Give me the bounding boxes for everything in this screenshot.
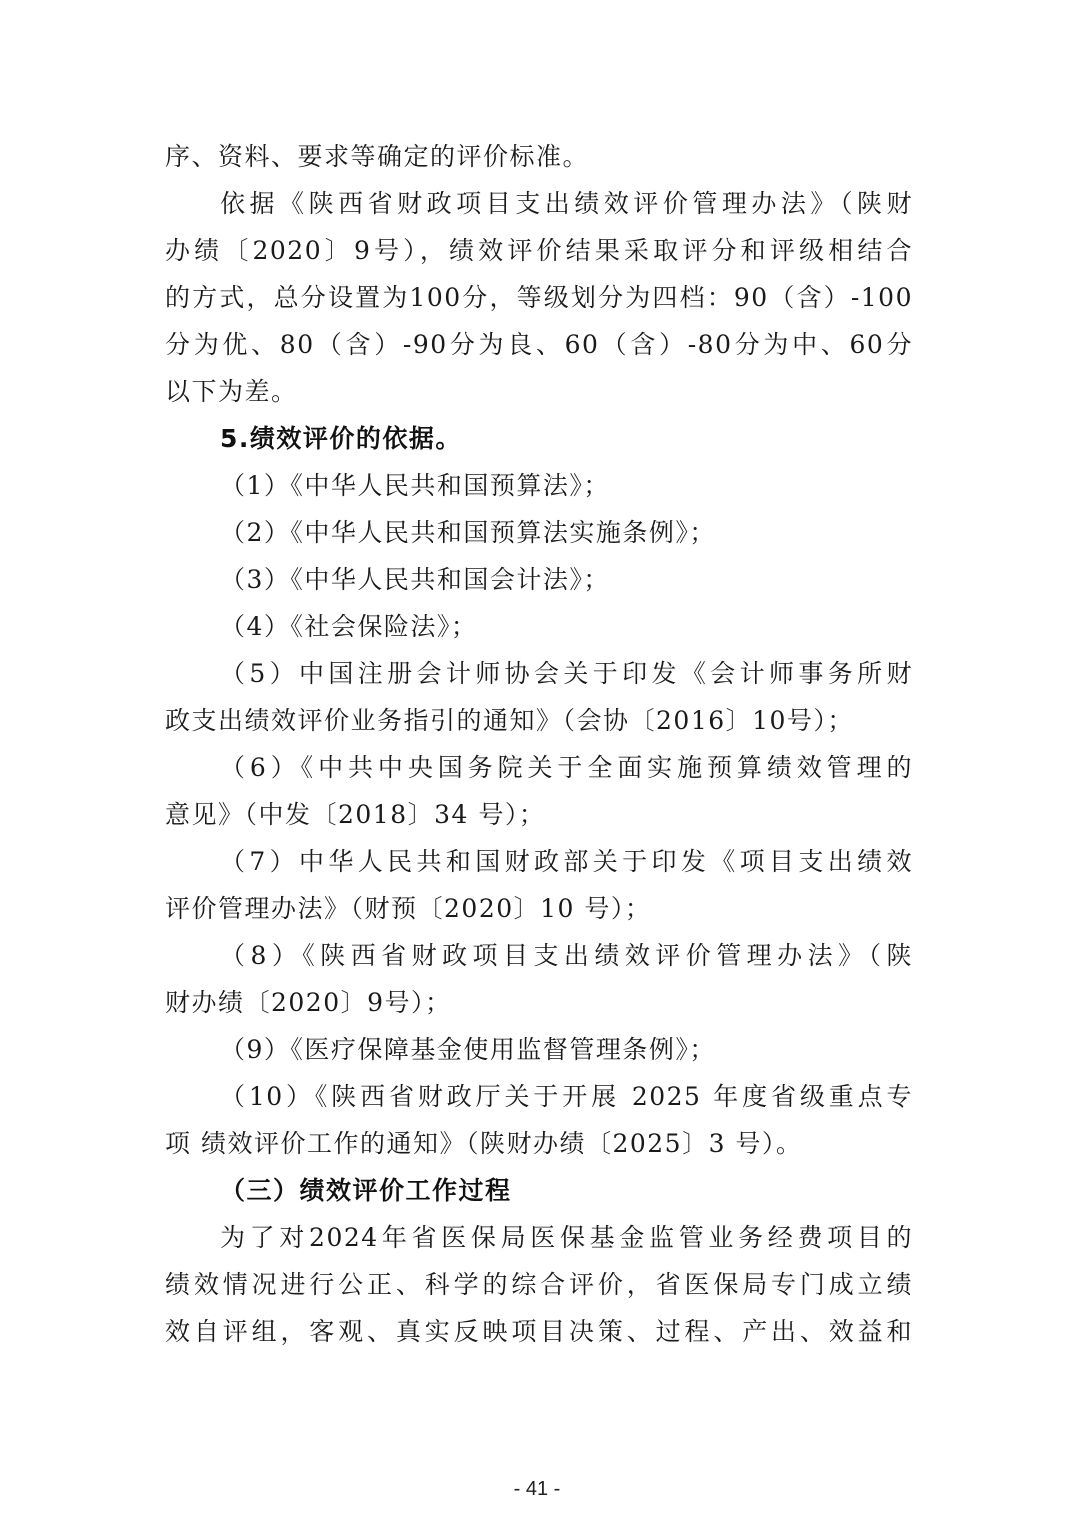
text-line: 政支出绩效评价业务指引的通知》（会协〔2016〕10号）； [165,704,913,738]
text-line: 为了对2024年省医保局医保基金监管业务经费项目的 [220,1221,913,1255]
section-heading: （三）绩效评价工作过程 [220,1174,913,1208]
text-line: 评价管理办法》（财预〔2020〕10 号）； [165,892,913,926]
text-line: （8）《陕西省财政项目支出绩效评价管理办法》（陕 [220,939,913,973]
text-line: （9）《医疗保障基金使用监督管理条例》； [220,1033,913,1067]
text-line: （6）《中共中央国务院关于全面实施预算绩效管理的 [220,751,913,785]
document-page: - 41 - 序、资料、要求等确定的评价标准。依据《陕西省财政项目支出绩效评价管… [0,0,1074,1520]
text-line: 以下为差。 [165,375,913,409]
text-line: （7）中华人民共和国财政部关于印发《项目支出绩效 [220,845,913,879]
page-number: - 41 - [0,1478,1074,1501]
text-line: 绩效情况进行公正、科学的综合评价，省医保局专门成立绩 [165,1268,913,1302]
text-line: 意见》（中发〔2018〕34 号）； [165,798,913,832]
text-line: 依据《陕西省财政项目支出绩效评价管理办法》（陕财 [220,187,913,221]
text-line: 分为优、80（含）-90分为良、60（含）-80分为中、60分 [165,328,913,362]
text-line: （3）《中华人民共和国会计法》； [220,563,913,597]
text-line: 序、资料、要求等确定的评价标准。 [165,140,913,174]
text-line: （2）《中华人民共和国预算法实施条例》； [220,516,913,550]
text-line: 财办绩〔2020〕9号）； [165,986,913,1020]
text-line: （10）《陕西省财政厅关于开展 2025 年度省级重点专 [220,1080,913,1114]
text-line: 的方式，总分设置为100分，等级划分为四档：90（含）-100 [165,281,913,315]
text-line: （5）中国注册会计师协会关于印发《会计师事务所财 [220,657,913,691]
text-line: （4）《社会保险法》； [220,610,913,644]
text-line: （1）《中华人民共和国预算法》； [220,469,913,503]
section-heading: 5.绩效评价的依据。 [220,422,913,456]
text-line: 项 绩效评价工作的通知》（陕财办绩〔2025〕3 号）。 [165,1127,913,1161]
text-line: 效自评组，客观、真实反映项目决策、过程、产出、效益和 [165,1315,913,1349]
text-line: 办绩〔2020〕9号），绩效评价结果采取评分和评级相结合 [165,234,913,268]
